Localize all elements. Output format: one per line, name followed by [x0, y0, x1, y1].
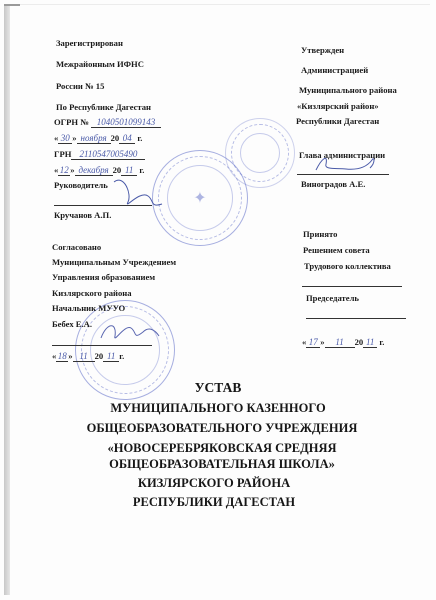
accepted-month: 11 — [325, 338, 355, 348]
grn-month: декабря — [75, 166, 113, 176]
ogrn-value: 1040501099143 — [91, 118, 161, 128]
chair-label: Председатель — [306, 294, 359, 303]
agreed-department: Управления образованием — [52, 273, 155, 282]
year-suffix: г. — [119, 351, 124, 361]
head-name: Кручанов А.П. — [54, 211, 111, 220]
scan-top-edge — [20, 4, 430, 5]
registration-month: ноября — [77, 134, 111, 144]
council-signature-line — [302, 286, 402, 287]
admin-head-signature — [312, 152, 382, 174]
agreed-month: 11 — [73, 352, 95, 362]
ogrn-row: ОГРН № 1040501099143 — [54, 118, 161, 128]
grn-label: ГРН — [54, 149, 71, 159]
title-line-institution: ОБЩЕОБРАЗОВАТЕЛЬНОГО УЧРЕЖДЕНИЯ — [4, 421, 436, 436]
agreed-chief-name: Бебех Е.А. — [52, 320, 92, 329]
approved-authority: Администрацией — [301, 66, 368, 75]
grn-row: ГРН2110547005490 — [54, 150, 145, 160]
title-line-republic: РЕСПУБЛИКИ ДАГЕСТАН — [0, 495, 432, 510]
registration-day: 30 — [58, 134, 72, 144]
agreed-chief-label: Начальник МУУО — [52, 304, 125, 313]
chair-signature-line — [306, 318, 406, 319]
accepted-decision: Решением совета — [303, 246, 370, 255]
agreed-year: 11 — [103, 352, 119, 362]
scan-corner-mark — [4, 4, 20, 6]
title-line-school-name-1: «НОВОСЕРЕБРЯКОВСКАЯ СРЕДНЯЯ — [4, 441, 436, 456]
year-prefix: 20 — [355, 337, 364, 347]
approved-republic: Республики Дагестан — [296, 117, 379, 126]
approved-district: «Кизлярский район» — [297, 102, 379, 111]
registered-label: Зарегистрирован — [56, 39, 123, 48]
registration-year: 04 — [119, 134, 135, 144]
chief-signature — [95, 318, 165, 346]
accepted-council: Трудового коллектива — [304, 262, 391, 271]
approved-municipal: Муниципального района — [299, 86, 397, 95]
document-page: ✦ Зарегистрирован Межрайонным ИФНС Росси… — [0, 0, 436, 600]
ogrn-label: ОГРН № — [54, 117, 89, 127]
accepted-year: 11 — [363, 338, 377, 348]
agreed-authority: Муниципальным Учреждением — [52, 258, 176, 267]
title-line-district: КИЗЛЯРСКОГО РАЙОНА — [0, 476, 432, 491]
chief-signature-line — [52, 345, 152, 346]
agreed-district: Кизлярского района — [52, 289, 132, 298]
administration-stamp — [225, 118, 295, 188]
registered-authority: Межрайонным ИФНС — [56, 60, 144, 69]
title-charter: УСТАВ — [0, 380, 436, 396]
approved-label: Утвержден — [301, 46, 344, 55]
grn-day: 12 — [58, 166, 70, 176]
accepted-label: Принято — [303, 230, 337, 239]
head-signature — [110, 168, 170, 218]
registered-region: По Республике Дагестан — [56, 103, 151, 112]
agreed-day: 18 — [56, 352, 68, 362]
agreed-date-row: «18»112011г. — [52, 352, 124, 362]
coat-of-arms-icon: ✦ — [193, 188, 206, 208]
admin-head-name: Виноградов А.Е. — [301, 180, 365, 189]
accepted-day: 17 — [306, 338, 320, 348]
registered-authority-number: России № 15 — [56, 82, 104, 91]
head-label: Руководитель — [54, 181, 108, 190]
title-line-school-name-2: ОБЩЕОБРАЗОВАТЕЛЬНАЯ ШКОЛА» — [4, 457, 436, 472]
admin-head-signature-line — [297, 174, 389, 175]
agreed-label: Согласовано — [52, 243, 101, 252]
title-line-municipal: МУНИЦИПАЛЬНОГО КАЗЕННОГО — [0, 401, 436, 416]
accepted-date-row: «17»112011 г. — [302, 338, 384, 348]
year-prefix: 20 — [95, 351, 104, 361]
registration-date-row: «30»ноября2004 г. — [54, 134, 142, 144]
year-prefix: 20 — [111, 133, 120, 143]
grn-value: 2110547005490 — [71, 150, 145, 160]
year-suffix: г. — [137, 133, 142, 143]
year-suffix: г. — [379, 337, 384, 347]
